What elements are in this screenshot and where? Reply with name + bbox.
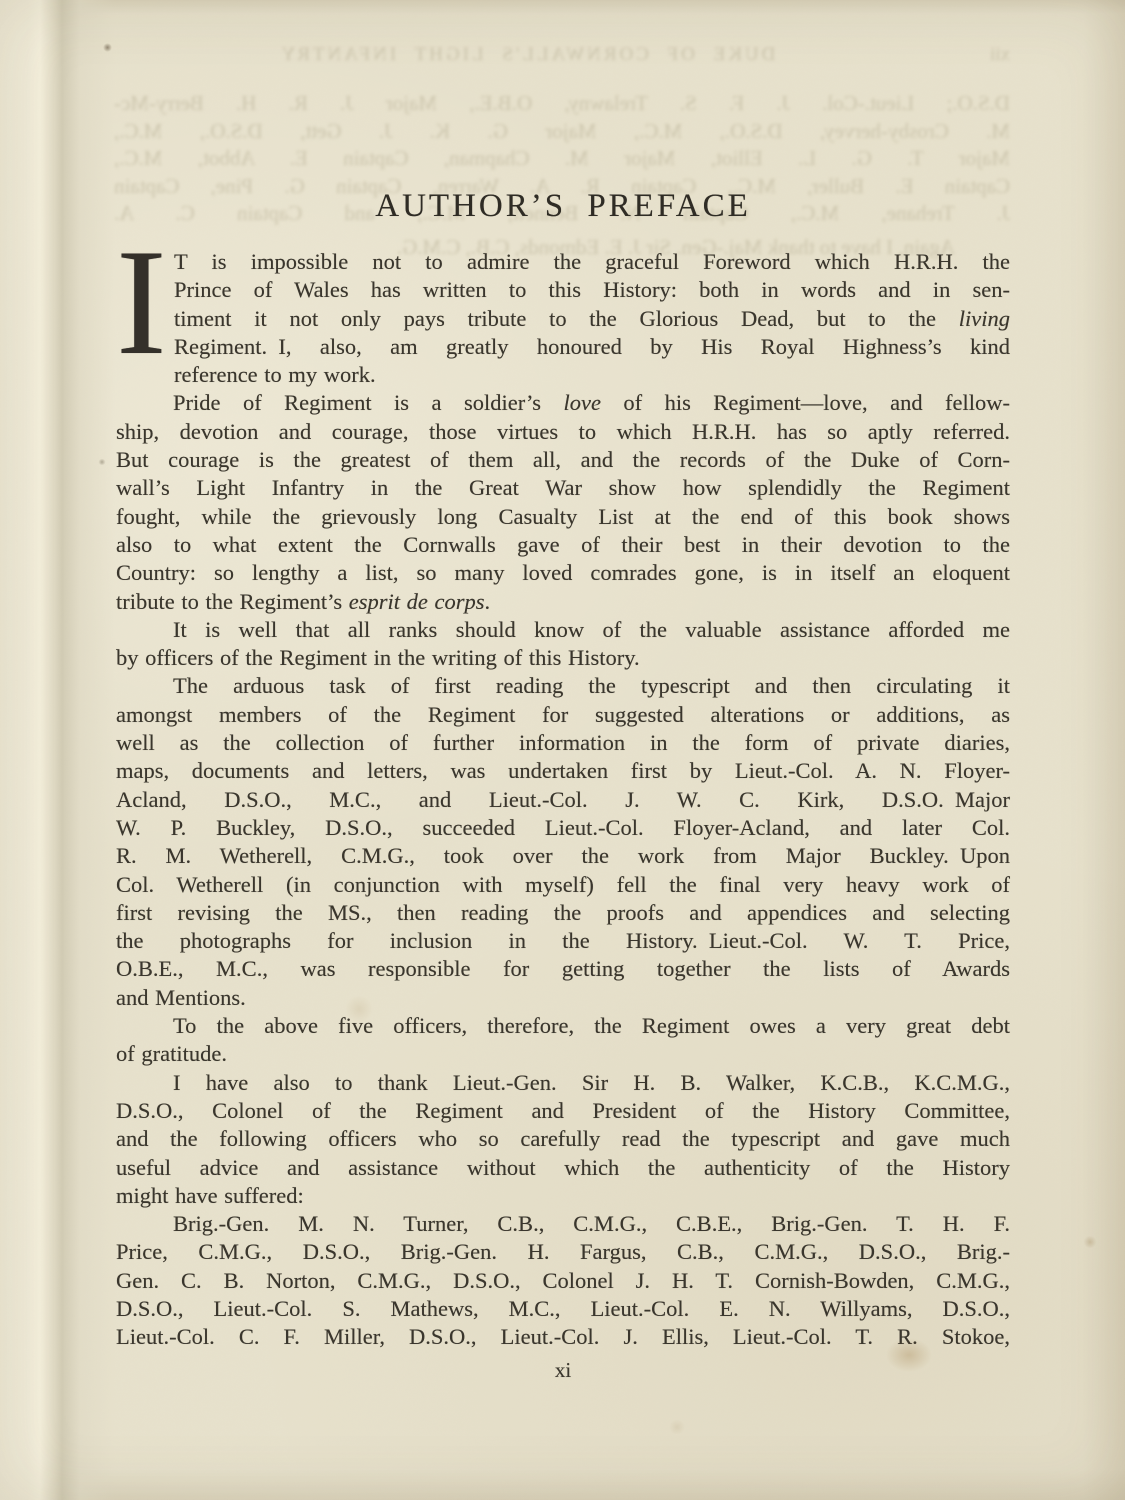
text-line: useful advice and assistance without whi… xyxy=(116,1154,1010,1182)
text-segment: by officers of the Regiment in the writi… xyxy=(116,645,640,670)
italic-text: esprit de corps xyxy=(349,589,485,614)
text-line: by officers of the Regiment in the writi… xyxy=(116,644,1010,672)
text-line: Acland, D.S.O., M.C., and Lieut.-Col. J.… xyxy=(116,786,1010,814)
text-segment: tribute to the Regiment’s xyxy=(116,589,349,614)
text-line: maps, documents and letters, was underta… xyxy=(116,757,1010,785)
text-line: amongst members of the Regiment for sugg… xyxy=(116,701,1010,729)
text-segment: It is well that all ranks should know of… xyxy=(173,617,1010,642)
text-segment: Col. Wetherell (in conjunction with myse… xyxy=(116,872,1010,897)
text-line: Price, C.M.G., D.S.O., Brig.-Gen. H. Far… xyxy=(116,1238,1010,1266)
text-line: It is well that all ranks should know of… xyxy=(116,616,1010,644)
italic-text: living xyxy=(959,306,1010,331)
text-line: Brig.-Gen. M. N. Turner, C.B., C.M.G., C… xyxy=(116,1210,1010,1238)
show-through-header-title: DUKE OF CORNWALL'S LIGHT INFANTRY xyxy=(114,44,940,66)
text-line: Col. Wetherell (in conjunction with myse… xyxy=(116,871,1010,899)
text-line: well as the collection of further inform… xyxy=(116,729,1010,757)
text-line: fought, while the grievously long Casual… xyxy=(116,503,1010,531)
text-segment: But courage is the greatest of them all,… xyxy=(116,447,1010,472)
page-text: AUTHOR’S PREFACE IT is impossible not to… xyxy=(116,186,1010,1382)
text-segment: wall’s Light Infantry in the Great War s… xyxy=(116,475,1010,500)
show-through-line: Major T. G. L. Elliot, Major M. Chapman,… xyxy=(114,145,1010,173)
page-title: AUTHOR’S PREFACE xyxy=(116,186,1010,226)
text-line: Regiment. I, also, am greatly honoured b… xyxy=(116,333,1010,361)
text-line: and the following officers who so carefu… xyxy=(116,1125,1010,1153)
text-segment: D.S.O., Lieut.-Col. S. Mathews, M.C., Li… xyxy=(116,1296,1010,1321)
text-line: W. P. Buckley, D.S.O., succeeded Lieut.-… xyxy=(116,814,1010,842)
text-segment: Price, C.M.G., D.S.O., Brig.-Gen. H. Far… xyxy=(116,1239,1010,1264)
ink-speck xyxy=(103,43,112,52)
text-segment: amongst members of the Regiment for sugg… xyxy=(116,702,1010,727)
text-line: T is impossible not to admire the gracef… xyxy=(116,248,1010,276)
text-line: I have also to thank Lieut.-Gen. Sir H. … xyxy=(116,1069,1010,1097)
text-line: might have suffered: xyxy=(116,1182,1010,1210)
text-segment: timent it not only pays tribute to the G… xyxy=(174,306,959,331)
text-segment: well as the collection of further inform… xyxy=(116,730,1010,755)
text-line: Gen. C. B. Norton, C.M.G., D.S.O., Colon… xyxy=(116,1267,1010,1295)
text-segment: Lieut.-Col. C. F. Miller, D.S.O., Lieut.… xyxy=(116,1324,1010,1349)
text-line: of gratitude. xyxy=(116,1040,1010,1068)
text-line: Country: so lengthy a list, so many love… xyxy=(116,559,1010,587)
text-segment: useful advice and assistance without whi… xyxy=(116,1155,1010,1180)
text-segment: Regiment. I, also, am greatly honoured b… xyxy=(174,334,1010,359)
text-line: O.B.E., M.C., was responsible for gettin… xyxy=(116,955,1010,983)
text-segment: might have suffered: xyxy=(116,1183,304,1208)
text-line: reference to my work. xyxy=(116,361,1010,389)
italic-text: love xyxy=(563,390,600,415)
text-line: also to what extent the Cornwalls gave o… xyxy=(116,531,1010,559)
text-segment: The arduous task of first reading the ty… xyxy=(173,673,1010,698)
text-line: tribute to the Regiment’s esprit de corp… xyxy=(116,588,1010,616)
text-line: To the above five officers, therefore, t… xyxy=(116,1012,1010,1040)
text-segment: reference to my work. xyxy=(174,362,376,387)
book-page-scan: { "page": { "title": "AUTHOR’S PREFACE",… xyxy=(0,0,1125,1500)
show-through-running-head: xii DUKE OF CORNWALL'S LIGHT INFANTRY xyxy=(114,44,1010,66)
text-line: first revising the MS., then reading the… xyxy=(116,899,1010,927)
text-segment: Country: so lengthy a list, so many love… xyxy=(116,560,1010,585)
text-segment: and the following officers who so carefu… xyxy=(116,1126,1010,1151)
text-line: the photographs for inclusion in the His… xyxy=(116,927,1010,955)
paragraph: To the above five officers, therefore, t… xyxy=(116,1012,1010,1069)
text-segment: Gen. C. B. Norton, C.M.G., D.S.O., Colon… xyxy=(116,1268,1010,1293)
text-segment: O.B.E., M.C., was responsible for gettin… xyxy=(116,956,1010,981)
page-number: xi xyxy=(116,1358,1010,1382)
text-segment: of his Regiment—love, and fellow- xyxy=(601,390,1010,415)
text-segment: and Mentions. xyxy=(116,985,246,1010)
text-segment: the photographs for inclusion in the His… xyxy=(116,928,1010,953)
text-segment: R. M. Wetherell, C.M.G., took over the w… xyxy=(116,843,1010,868)
text-segment: Acland, D.S.O., M.C., and Lieut.-Col. J.… xyxy=(116,787,1010,812)
text-segment: T is impossible not to admire the gracef… xyxy=(174,249,1010,274)
text-line: Lieut.-Col. C. F. Miller, D.S.O., Lieut.… xyxy=(116,1323,1010,1351)
text-segment: D.S.O., Colonel of the Regiment and Pres… xyxy=(116,1098,1010,1123)
body-text: IT is impossible not to admire the grace… xyxy=(116,248,1010,1352)
text-segment: . xyxy=(484,589,490,614)
text-line: timent it not only pays tribute to the G… xyxy=(116,305,1010,333)
text-line: R. M. Wetherell, C.M.G., took over the w… xyxy=(116,842,1010,870)
paragraph: I have also to thank Lieut.-Gen. Sir H. … xyxy=(116,1069,1010,1210)
text-segment: I have also to thank Lieut.-Gen. Sir H. … xyxy=(173,1070,1010,1095)
text-line: But courage is the greatest of them all,… xyxy=(116,446,1010,474)
show-through-line: M. Crosby-hervey, D.S.O., M.C., Major G.… xyxy=(114,118,1010,146)
ink-speck xyxy=(98,459,106,465)
text-line: wall’s Light Infantry in the Great War s… xyxy=(116,474,1010,502)
text-segment: ship, devotion and courage, those virtue… xyxy=(116,419,1010,444)
text-line: D.S.O., Lieut.-Col. S. Mathews, M.C., Li… xyxy=(116,1295,1010,1323)
paragraph: Pride of Regiment is a soldier’s love of… xyxy=(116,389,1010,615)
text-line: and Mentions. xyxy=(116,984,1010,1012)
show-through-line: D.S.O.; Lieut.-Col. J. F. S. Trelawny, O… xyxy=(114,90,1010,118)
text-line: ship, devotion and courage, those virtue… xyxy=(116,418,1010,446)
paragraph: Brig.-Gen. M. N. Turner, C.B., C.M.G., C… xyxy=(116,1210,1010,1351)
text-segment: fought, while the grievously long Casual… xyxy=(116,504,1010,529)
paragraph: The arduous task of first reading the ty… xyxy=(116,672,1010,1012)
text-segment: Pride of Regiment is a soldier’s xyxy=(173,390,563,415)
text-line: Prince of Wales has written to this Hist… xyxy=(116,276,1010,304)
text-line: D.S.O., Colonel of the Regiment and Pres… xyxy=(116,1097,1010,1125)
text-segment: Prince of Wales has written to this Hist… xyxy=(174,277,1010,302)
show-through-page-number: xii xyxy=(940,44,1010,66)
paragraph: It is well that all ranks should know of… xyxy=(116,616,1010,673)
text-segment: To the above five officers, therefore, t… xyxy=(173,1013,1010,1038)
text-line: The arduous task of first reading the ty… xyxy=(116,672,1010,700)
foxing-stain xyxy=(668,1420,686,1434)
paragraph: IT is impossible not to admire the grace… xyxy=(116,248,1010,389)
text-segment: of gratitude. xyxy=(116,1041,227,1066)
text-segment: first revising the MS., then reading the… xyxy=(116,900,1010,925)
foxing-stain xyxy=(1083,1236,1097,1248)
text-segment: Brig.-Gen. M. N. Turner, C.B., C.M.G., C… xyxy=(173,1211,1010,1236)
text-segment: maps, documents and letters, was underta… xyxy=(116,758,1010,783)
text-segment: also to what extent the Cornwalls gave o… xyxy=(116,532,1010,557)
text-segment: W. P. Buckley, D.S.O., succeeded Lieut.-… xyxy=(116,815,1010,840)
text-line: Pride of Regiment is a soldier’s love of… xyxy=(116,389,1010,417)
drop-cap: I xyxy=(116,250,166,363)
